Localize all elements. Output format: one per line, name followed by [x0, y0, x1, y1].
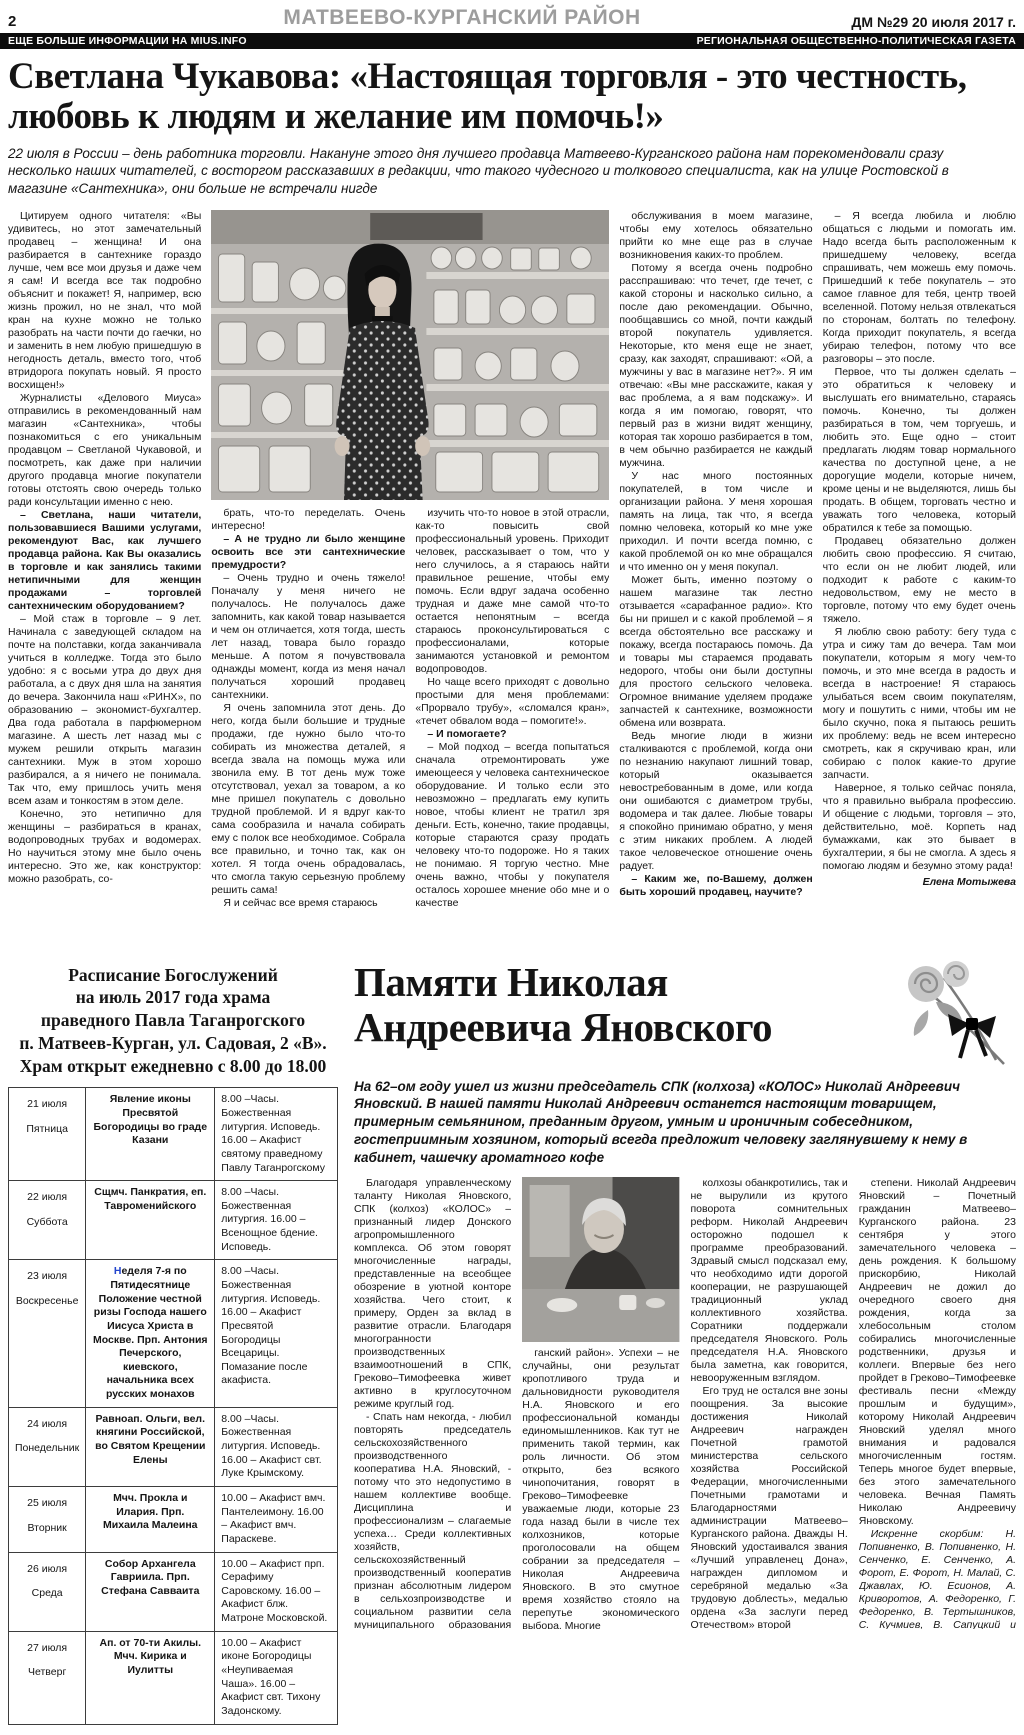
interview-column-3: изучить что-то новое в этой отрасли, как… — [415, 507, 609, 952]
obituary-headline: Памяти Николая Андреевича Яновского — [354, 960, 854, 1052]
schedule-cell: 21 июляПятница — [9, 1088, 86, 1181]
paragraph: Я люблю свою работу: бегу туда с утра и … — [823, 626, 1016, 782]
schedule-cell: 27 июляЧетверг — [9, 1631, 86, 1724]
schedule-cell: 24 июляПонедельник — [9, 1407, 86, 1486]
question-paragraph: – Каким же, по-Вашему, должен быть хорош… — [619, 873, 812, 899]
obituary-photo — [522, 1177, 679, 1342]
schedule-cell: Сщмч. Панкратия, еп. Тавроменийского — [86, 1181, 215, 1260]
paragraph: – Очень трудно и очень тяжело! Поначалу … — [211, 572, 405, 702]
obituary-column-3: колхозы обанкротились, так и не вырулили… — [691, 1177, 848, 1629]
obituary-lead: На 62–ом году ушел из жизни председатель… — [354, 1078, 1016, 1167]
paragraph: брать, что-то переделать. Очень интересн… — [211, 507, 405, 533]
issue-info: ДМ №29 20 июля 2017 г. — [796, 14, 1016, 30]
schedule-cell: 8.00 –Часы. Божественная литургия. Испов… — [215, 1407, 338, 1486]
schedule-cell: Явление иконы Пресвятой Богородицы во гр… — [86, 1088, 215, 1181]
page-header: 2 МАТВЕЕВО-КУРГАНСКИЙ РАЙОН ДМ №29 20 ию… — [0, 0, 1024, 33]
obituary-column-2: ганский район». Успехи – не случайны, он… — [522, 1177, 679, 1629]
paragraph: - Спать нам некогда, - любил повторять п… — [354, 1411, 511, 1629]
obituary-column-4: степени. Николай Андреевич Яновский – По… — [859, 1177, 1016, 1629]
info-bar-right: РЕГИОНАЛЬНАЯ ОБЩЕСТВЕННО-ПОЛИТИЧЕСКАЯ ГА… — [697, 35, 1016, 47]
interview-column-1: Цитируем одного читателя: «Вы удивитесь,… — [8, 210, 201, 952]
schedule-cell: Равноап. Ольги, вел. княгини Российской,… — [86, 1407, 215, 1486]
paragraph: Потому я всегда очень подробно расспраши… — [619, 262, 812, 470]
page-number: 2 — [8, 13, 128, 30]
schedule-row: 26 июляСредаСобор Архангела Гавриила. Пр… — [9, 1552, 338, 1631]
paragraph: Конечно, это нетипично для женщины – раз… — [8, 808, 201, 886]
schedule-cell: 8.00 –Часы. Божественная литургия. 16.00… — [215, 1181, 338, 1260]
interview-column-4: обслуживания в моем магазине, чтобы ему … — [619, 210, 812, 952]
schedule-cell: 8.00 –Часы. Божественная литургия. Испов… — [215, 1088, 338, 1181]
obituary-body: Благодаря управленческому таланту Никола… — [354, 1177, 1016, 1629]
church-schedule: Расписание Богослужений на июль 2017 год… — [8, 958, 338, 1725]
schedule-cell: 22 июляСуббота — [9, 1181, 86, 1260]
paragraph: Ведь многие люди в жизни сталкиваются с … — [619, 730, 812, 873]
schedule-title: Расписание Богослужений на июль 2017 год… — [8, 964, 338, 1078]
paragraph: обслуживания в моем магазине, чтобы ему … — [619, 210, 812, 262]
paragraph: Искренне скорбим: Н. Попивненко, В. Попи… — [859, 1528, 1016, 1629]
obituary-header: Памяти Николая Андреевича Яновского — [354, 958, 1016, 1070]
paragraph: – Я всегда любила и люблю общаться с люд… — [823, 210, 1016, 366]
schedule-cell: Неделя 7-я по Пятидесятнице Положение че… — [86, 1260, 215, 1407]
schedule-row: 24 июляПонедельникРавноап. Ольги, вел. к… — [9, 1407, 338, 1486]
paragraph: Я и сейчас все время стараюсь — [211, 897, 405, 910]
question-paragraph: – Светлана, наши читатели, пользовавшиес… — [8, 509, 201, 613]
interview-article: Светлана Чукавова: «Настоящая торговля -… — [0, 49, 1024, 956]
paragraph: Первое, что ты должен сделать – это обра… — [823, 366, 1016, 535]
byline: Елена Мотыжева — [823, 876, 1016, 889]
question-paragraph: – А не трудно ли было женщине освоить вс… — [211, 533, 405, 572]
interview-column-5: – Я всегда любила и люблю общаться с люд… — [823, 210, 1016, 952]
schedule-row: 27 июляЧетвергАп. от 70-ти Акилы. Мчч. К… — [9, 1631, 338, 1724]
schedule-cell: 23 июляВоскресенье — [9, 1260, 86, 1407]
paragraph: Его труд не остался вне зоны поощрения. … — [691, 1385, 848, 1629]
interview-body: Цитируем одного читателя: «Вы удивитесь,… — [0, 202, 1024, 956]
paragraph: Продавец обязательно должен любить свою … — [823, 535, 1016, 626]
schedule-cell: 10.00 – Акафист вмч. Пантелеимону. 16.00… — [215, 1486, 338, 1552]
info-bar: ЕЩЕ БОЛЬШЕ ИНФОРМАЦИИ НА MIUS.INFO РЕГИО… — [0, 33, 1024, 49]
paragraph: – Мой стаж в торговле – 9 лет. Начинала … — [8, 613, 201, 808]
info-bar-left: ЕЩЕ БОЛЬШЕ ИНФОРМАЦИИ НА MIUS.INFO — [8, 35, 247, 47]
schedule-cell: 10.00 – Акафист иконе Богородицы «Неупив… — [215, 1631, 338, 1724]
paragraph: колхозы обанкротились, так и не вырулили… — [691, 1177, 848, 1385]
schedule-cell: 25 июляВторник — [9, 1486, 86, 1552]
paragraph: изучить что-то новое в этой отрасли, как… — [415, 507, 609, 676]
paragraph: У нас много постоянных покупателей, в то… — [619, 470, 812, 574]
region-title: МАТВЕЕВО-КУРГАНСКИЙ РАЙОН — [128, 6, 796, 30]
paragraph: Благодаря управленческому таланту Никола… — [354, 1177, 511, 1411]
schedule-cell: 10.00 – Акафист прп. Серафиму Саровскому… — [215, 1552, 338, 1631]
paragraph: Цитируем одного читателя: «Вы удивитесь,… — [8, 210, 201, 392]
paragraph: степени. Николай Андреевич Яновский – По… — [859, 1177, 1016, 1528]
schedule-row: 23 июляВоскресеньеНеделя 7-я по Пятидеся… — [9, 1260, 338, 1407]
flowers-image — [884, 958, 1016, 1070]
bottom-section: Расписание Богослужений на июль 2017 год… — [0, 956, 1024, 1735]
paragraph: Я очень запомнила этот день. До него, ко… — [211, 702, 405, 897]
paragraph: – Мой подход – всегда попытаться сначала… — [415, 741, 609, 910]
paragraph: Но чаще всего приходят с довольно просты… — [415, 676, 609, 728]
obituary-column-1: Благодаря управленческому таланту Никола… — [354, 1177, 511, 1629]
schedule-cell: Мчч. Прокла и Илария. Прп. Михаила Малеи… — [86, 1486, 215, 1552]
interview-column-2: брать, что-то переделать. Очень интересн… — [211, 507, 405, 952]
paragraph: Может быть, именно поэтому о нашем магаз… — [619, 574, 812, 730]
paragraph: ганский район». Успехи – не случайны, он… — [522, 1347, 679, 1629]
schedule-cell: 26 июляСреда — [9, 1552, 86, 1631]
schedule-row: 25 июляВторникМчч. Прокла и Илария. Прп.… — [9, 1486, 338, 1552]
interview-headline: Светлана Чукавова: «Настоящая торговля -… — [0, 49, 1024, 139]
interview-lead: 22 июля в России – день работника торгов… — [0, 139, 1006, 202]
schedule-table: 21 июляПятницаЯвление иконы Пресвятой Бо… — [8, 1087, 338, 1724]
schedule-row: 21 июляПятницаЯвление иконы Пресвятой Бо… — [9, 1088, 338, 1181]
schedule-cell: Собор Архангела Гавриила. Прп. Стефана С… — [86, 1552, 215, 1631]
obituary-article: Памяти Николая Андреевича Яновского — [354, 958, 1016, 1725]
schedule-row: 22 июляСубботаСщмч. Панкратия, еп. Тавро… — [9, 1181, 338, 1260]
interview-middle-columns: брать, что-то переделать. Очень интересн… — [211, 507, 609, 952]
question-paragraph: – И помогаете? — [415, 728, 609, 741]
schedule-cell: Ап. от 70-ти Акилы. Мчч. Кирика и Иулитт… — [86, 1631, 215, 1724]
newspaper-page: 2 МАТВЕЕВО-КУРГАНСКИЙ РАЙОН ДМ №29 20 ию… — [0, 0, 1024, 1735]
obituary-column-2-text: ганский район». Успехи – не случайны, он… — [522, 1347, 679, 1629]
interview-middle: брать, что-то переделать. Очень интересн… — [211, 210, 609, 952]
paragraph: Наверное, я только сейчас поняла, что я … — [823, 782, 1016, 873]
schedule-cell: 8.00 –Часы. Божественная литургия. Испов… — [215, 1260, 338, 1407]
interview-photo — [211, 210, 609, 500]
paragraph: Журналисты «Делового Миуса» отправились … — [8, 392, 201, 509]
